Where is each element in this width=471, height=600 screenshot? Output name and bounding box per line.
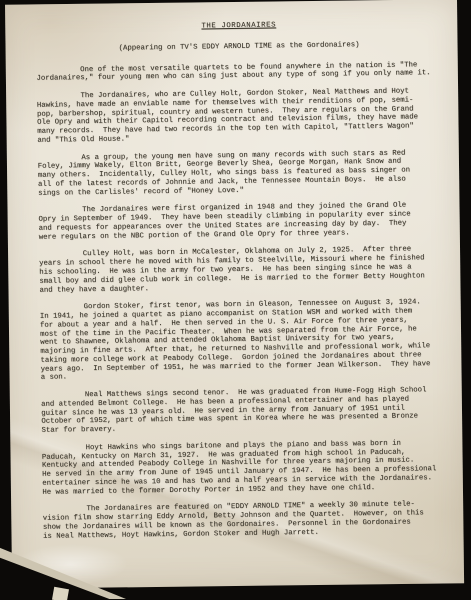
paragraph: One of the most versatile quartets to be… [36,61,442,84]
paper-sheet: THE JORDANAIRES (Appearing on TV'S EDDY … [5,0,464,589]
paragraph: Gordon Stoker, first tenor, was born in … [40,298,447,383]
paragraph: The Jordanaires, who are Culley Holt, Go… [37,87,444,146]
paragraph: As a group, the young men have sung on m… [38,149,445,199]
document-title: THE JORDANAIRES [36,19,442,34]
paragraph: The Jordanaires were first organized in … [38,201,444,242]
paragraph: Neal Matthews sings second tenor. He was… [41,386,448,436]
photo-background: THE JORDANAIRES (Appearing on TV'S EDDY … [0,0,471,600]
fold-tab [52,587,69,600]
paragraph: The Jordanaires are featured on "EDDY AR… [43,500,449,541]
paragraph: Hoyt Hawkins who sings baritone and play… [42,439,449,498]
document-subtitle: (Appearing on TV'S EDDY ARNOLD TIME as t… [36,40,442,55]
document: THE JORDANAIRES (Appearing on TV'S EDDY … [36,19,449,550]
paragraph: Culley Holt, was born in McCalester, Okl… [39,245,446,295]
